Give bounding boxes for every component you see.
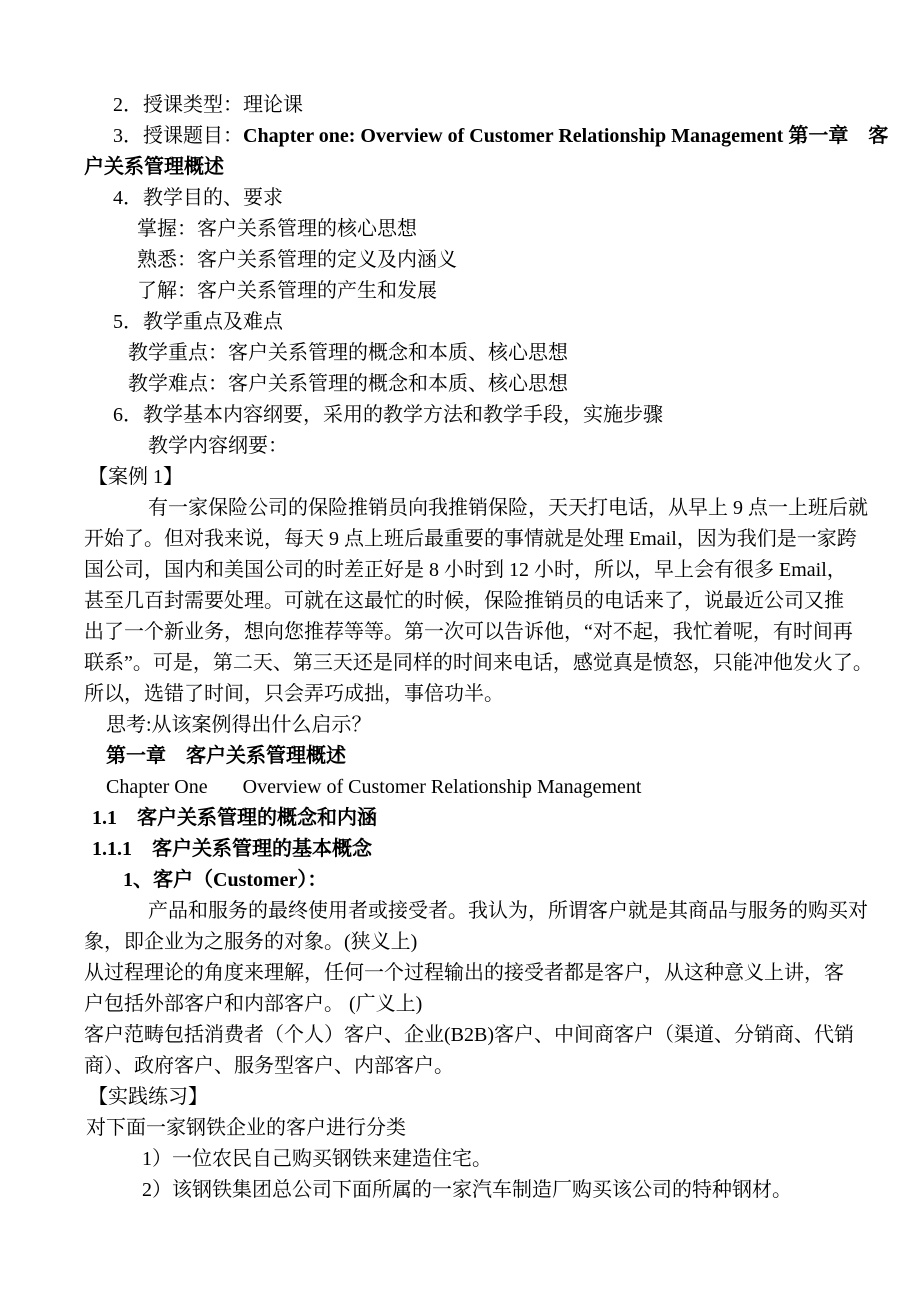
bold-text-run: 第一章 客户关系管理概述 [106, 745, 346, 767]
text-run: 教学重点：客户关系管理的概念和本质、核心思想 [128, 342, 568, 364]
text-run: 对下面一家钢铁企业的客户进行分类 [86, 1117, 406, 1139]
text-line: 6．教学基本内容纲要，采用的教学方法和教学手段，实施步骤 [0, 400, 920, 431]
text-run: 联系”。可是，第二天、第三天还是同样的时间来电话，感觉真是愤怒，只能冲他发火了。 [84, 652, 873, 674]
text-line: 教学难点：客户关系管理的概念和本质、核心思想 [0, 369, 920, 400]
text-line: 出了一个新业务，想向您推荐等等。第一次可以告诉他，“对不起，我忙着呢，有时间再 [0, 617, 920, 648]
text-line: 户关系管理概述 [0, 152, 920, 183]
text-line: 思考:从该案例得出什么启示？ [0, 710, 920, 741]
text-line: 1.1.1 客户关系管理的基本概念 [0, 834, 920, 865]
text-line: 4．教学目的、要求 [0, 183, 920, 214]
text-line: 开始了。但对我来说，每天 9 点上班后最重要的事情就是处理 Email，因为我们… [0, 524, 920, 555]
bold-text-run: 1、客户（Customer）： [123, 869, 327, 891]
text-run: 教学内容纲要： [148, 435, 288, 457]
text-run: 4．教学目的、要求 [113, 187, 283, 209]
text-line: 国公司，国内和美国公司的时差正好是 8 小时到 12 小时，所以，早上会有很多 … [0, 555, 920, 586]
text-run: 掌握：客户关系管理的核心思想 [137, 218, 417, 240]
bold-text-run: 1.1 客户关系管理的概念和内涵 [92, 807, 377, 829]
text-run: 5．教学重点及难点 [113, 311, 283, 333]
text-line: 客户范畴包括消费者（个人）客户、企业(B2B)客户、中间商客户（渠道、分销商、代… [0, 1020, 920, 1051]
text-line: 了解：客户关系管理的产生和发展 [0, 276, 920, 307]
text-run: 象，即企业为之服务的对象。(狭义上) [84, 931, 417, 953]
text-run: 有一家保险公司的保险推销员向我推销保险，天天打电话，从早上 9 点一上班后就 [148, 497, 868, 519]
text-run: 户包括外部客户和内部客户。 (广义上) [84, 993, 422, 1015]
text-run: 【案例 1】 [88, 466, 183, 488]
text-run: 2）该钢铁集团总公司下面所属的一家汽车制造厂购买该公司的特种钢材。 [142, 1179, 792, 1201]
text-line: 1、客户（Customer）： [0, 865, 920, 896]
text-run: 商）、政府客户、服务型客户、内部客户。 [84, 1055, 454, 1077]
text-line: 户包括外部客户和内部客户。 (广义上) [0, 989, 920, 1020]
text-line: 1）一位农民自己购买钢铁来建造住宅。 [0, 1144, 920, 1175]
text-run: 客户范畴包括消费者（个人）客户、企业(B2B)客户、中间商客户（渠道、分销商、代… [84, 1024, 854, 1046]
text-run: 思考:从该案例得出什么启示？ [106, 714, 372, 736]
document-page: 2．授课类型：理论课3．授课题目：Chapter one: Overview o… [0, 0, 920, 1302]
text-run: 从过程理论的角度来理解，任何一个过程输出的接受者都是客户，从这种意义上讲，客 [84, 962, 844, 984]
text-run: 1）一位农民自己购买钢铁来建造住宅。 [142, 1148, 492, 1170]
text-line: Chapter One Overview of Customer Relatio… [0, 772, 920, 803]
text-run: 开始了。但对我来说，每天 9 点上班后最重要的事情就是处理 Email，因为我们… [84, 528, 857, 550]
bold-text-run: 户关系管理概述 [84, 156, 224, 178]
text-run: 教学难点：客户关系管理的概念和本质、核心思想 [128, 373, 568, 395]
bold-text-run: Chapter one: Overview of Customer Relati… [243, 125, 888, 147]
text-line: 产品和服务的最终使用者或接受者。我认为，所谓客户就是其商品与服务的购买对 [0, 896, 920, 927]
text-line: 甚至几百封需要处理。可就在这最忙的时候，保险推销员的电话来了，说最近公司又推 [0, 586, 920, 617]
text-line: 【实践练习】 [0, 1082, 920, 1113]
text-line: 5．教学重点及难点 [0, 307, 920, 338]
text-line: 教学重点：客户关系管理的概念和本质、核心思想 [0, 338, 920, 369]
bold-text-run: 1.1.1 客户关系管理的基本概念 [92, 838, 372, 860]
text-run: Chapter One Overview of Customer Relatio… [106, 776, 641, 798]
text-run: 3．授课题目： [113, 125, 243, 147]
text-run: 6．教学基本内容纲要，采用的教学方法和教学手段，实施步骤 [113, 404, 663, 426]
text-line: 对下面一家钢铁企业的客户进行分类 [0, 1113, 920, 1144]
text-line: 【案例 1】 [0, 462, 920, 493]
text-line: 联系”。可是，第二天、第三天还是同样的时间来电话，感觉真是愤怒，只能冲他发火了。 [0, 648, 920, 679]
text-line: 有一家保险公司的保险推销员向我推销保险，天天打电话，从早上 9 点一上班后就 [0, 493, 920, 524]
text-run: 甚至几百封需要处理。可就在这最忙的时候，保险推销员的电话来了，说最近公司又推 [84, 590, 844, 612]
text-line: 2．授课类型：理论课 [0, 90, 920, 121]
text-run: 熟悉：客户关系管理的定义及内涵义 [137, 249, 457, 271]
text-line: 熟悉：客户关系管理的定义及内涵义 [0, 245, 920, 276]
text-line: 从过程理论的角度来理解，任何一个过程输出的接受者都是客户，从这种意义上讲，客 [0, 958, 920, 989]
text-line: 1.1 客户关系管理的概念和内涵 [0, 803, 920, 834]
text-line: 3．授课题目：Chapter one: Overview of Customer… [0, 121, 920, 152]
text-run: 【实践练习】 [88, 1086, 208, 1108]
text-line: 所以，选错了时间，只会弄巧成拙，事倍功半。 [0, 679, 920, 710]
text-run: 了解：客户关系管理的产生和发展 [137, 280, 437, 302]
text-run: 出了一个新业务，想向您推荐等等。第一次可以告诉他，“对不起，我忙着呢，有时间再 [84, 621, 853, 643]
text-line: 掌握：客户关系管理的核心思想 [0, 214, 920, 245]
text-line: 教学内容纲要： [0, 431, 920, 462]
text-line: 象，即企业为之服务的对象。(狭义上) [0, 927, 920, 958]
text-run: 产品和服务的最终使用者或接受者。我认为，所谓客户就是其商品与服务的购买对 [148, 900, 868, 922]
text-line: 商）、政府客户、服务型客户、内部客户。 [0, 1051, 920, 1082]
text-run: 2．授课类型：理论课 [113, 94, 303, 116]
text-line: 2）该钢铁集团总公司下面所属的一家汽车制造厂购买该公司的特种钢材。 [0, 1175, 920, 1206]
text-run: 所以，选错了时间，只会弄巧成拙，事倍功半。 [84, 683, 504, 705]
text-line: 第一章 客户关系管理概述 [0, 741, 920, 772]
text-run: 国公司，国内和美国公司的时差正好是 8 小时到 12 小时，所以，早上会有很多 … [84, 559, 847, 581]
document-text: 2．授课类型：理论课3．授课题目：Chapter one: Overview o… [0, 90, 920, 1206]
